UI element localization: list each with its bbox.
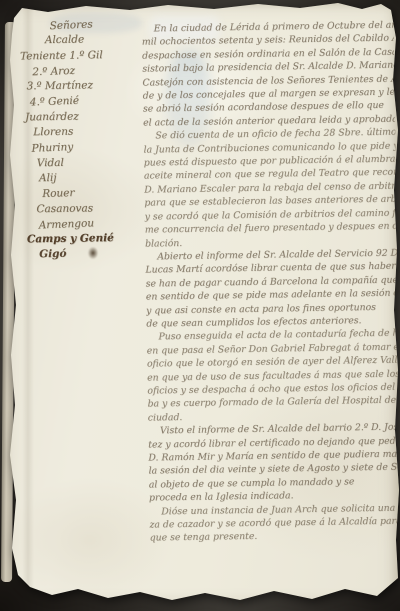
manuscript-content: SeñoresAlcaldeTeniente 1.º Gil2.º Aroz3.…: [0, 0, 400, 611]
manuscript-paper: SeñoresAlcaldeTeniente 1.º Gil2.º Aroz3.…: [0, 0, 400, 611]
paper-shadow-wrap: SeñoresAlcaldeTeniente 1.º Gil2.º Aroz3.…: [0, 0, 400, 611]
paragraph-6: Dióse una instancia de Juan Arch que sol…: [149, 501, 400, 545]
paragraph-4: Puso enseguida el acta de la contaduría …: [146, 327, 399, 425]
margin-name: Gigó: [39, 246, 143, 263]
margin-name: Juanárdez: [25, 108, 141, 125]
paragraph-5: Visto el informe de Sr. Alcalde del barr…: [148, 421, 400, 505]
paragraph-2: Se dió cuenta de un oficio de fecha 28 S…: [143, 126, 397, 251]
scanned-page: SeñoresAlcaldeTeniente 1.º Gil2.º Aroz3.…: [0, 0, 400, 611]
manuscript-line: que se tenga presente.: [150, 528, 400, 545]
paragraph-1: En la ciudad de Lérida á primero de Octu…: [142, 19, 396, 130]
attendees-margin-list: SeñoresAlcaldeTeniente 1.º Gil2.º Aroz3.…: [19, 17, 143, 264]
margin-name: Alcalde: [45, 32, 140, 49]
margin-name: Vidal: [37, 154, 142, 171]
minutes-body: En la ciudad de Lérida á primero de Octu…: [142, 19, 400, 546]
paragraph-3: Abierto el informe del Sr. Alcalde del S…: [145, 246, 398, 330]
